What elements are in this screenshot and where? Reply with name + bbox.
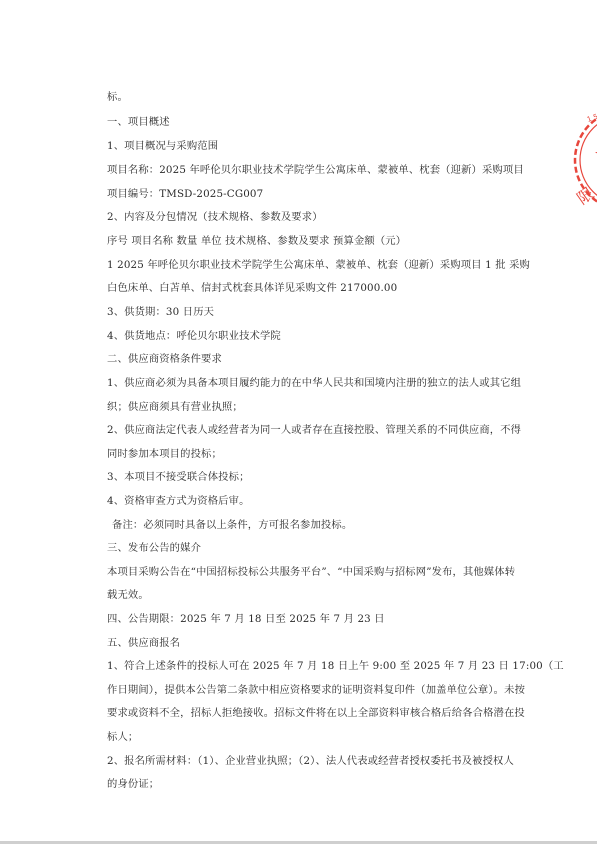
project-number: 项目编号：TMSD-2025-CG007 bbox=[107, 187, 263, 201]
text-line: 1、供应商必须为具备本项目履约能力的在中华人民共和国境内注册的独立的法人或其它组 bbox=[107, 376, 521, 390]
svg-text:1 5 2: 1 5 2 bbox=[586, 110, 597, 124]
text-line: 标。 bbox=[107, 90, 128, 104]
text-line: 同时参加本项目的投标； bbox=[107, 447, 222, 461]
section-heading: 五、供应商报名 bbox=[107, 636, 180, 650]
text-line: 本项目采购公告在“中国招标投标公共服务平台”、“中国采购与招标网”发布，其他媒体… bbox=[107, 565, 515, 579]
official-seal-stamp-icon: 限 1 5 2 bbox=[570, 100, 597, 220]
table-header: 序号 项目名称 数量 单位 技术规格、参数及要求 预算金额（元） bbox=[107, 234, 406, 248]
announcement-period: 四、公告期限：2025 年 7 月 18 日至 2025 年 7 月 23 日 bbox=[107, 612, 385, 626]
text-line: 标人； bbox=[107, 730, 138, 744]
text-line: 织；供应商须具有营业执照； bbox=[107, 400, 243, 414]
text-line: 的身份证； bbox=[107, 777, 159, 791]
text-line: 3、本项目不接受联合体投标； bbox=[107, 470, 250, 484]
subsection-heading: 2、内容及分包情况（技术规格、参数及要求） bbox=[107, 210, 323, 224]
table-row: 1 2025 年呼伦贝尔职业技术学院学生公寓床单、蒙被单、枕套（迎新）采购项目 … bbox=[107, 258, 530, 272]
section-heading: 二、供应商资格条件要求 bbox=[107, 352, 222, 366]
delivery-period: 3、供货期：30 日历天 bbox=[107, 305, 214, 319]
text-line: 作日期间），提供本公告第二条款中相应资格要求的证明资料复印件（加盖单位公章）。未… bbox=[107, 683, 525, 697]
project-name: 项目名称：2025 年呼伦贝尔职业技术学院学生公寓床单、蒙被单、枕套（迎新）采购… bbox=[107, 163, 524, 177]
text-line: 4、资格审查方式为资格后审。 bbox=[107, 494, 250, 508]
section-heading: 一、项目概述 bbox=[107, 115, 170, 129]
text-line: 2、供应商法定代表人或经营者为同一人或者存在直接控股、管理关系的不同供应商，不得 bbox=[107, 423, 521, 437]
remark-note: 备注：必须同时具备以上条件，方可报名参加投标。 bbox=[112, 518, 352, 532]
svg-text:限: 限 bbox=[573, 184, 597, 209]
text-line: 要求或资料不全，招标人拒绝接收。招标文件将在以上全部资料审核合格后给各合格潜在投 bbox=[107, 706, 525, 720]
text-line: 载无效。 bbox=[107, 588, 149, 602]
table-row-continued: 白色床单、白苫单、信封式枕套具体详见采购文件 217000.00 bbox=[107, 281, 397, 295]
section-heading: 三、发布公告的媒介 bbox=[107, 541, 201, 555]
subsection-heading: 1、项目概况与采购范围 bbox=[107, 139, 218, 153]
text-line: 2、报名所需材料：（1）、企业营业执照；（2）、法人代表或经营者授权委托书及被授… bbox=[107, 754, 514, 768]
text-line: 1、符合上述条件的投标人可在 2025 年 7 月 18 日上午 9:00 至 … bbox=[107, 659, 564, 673]
document-page: 标。 一、项目概述 1、项目概况与采购范围 项目名称：2025 年呼伦贝尔职业技… bbox=[0, 0, 597, 844]
delivery-location: 4、供货地点：呼伦贝尔职业技术学院 bbox=[107, 329, 281, 343]
